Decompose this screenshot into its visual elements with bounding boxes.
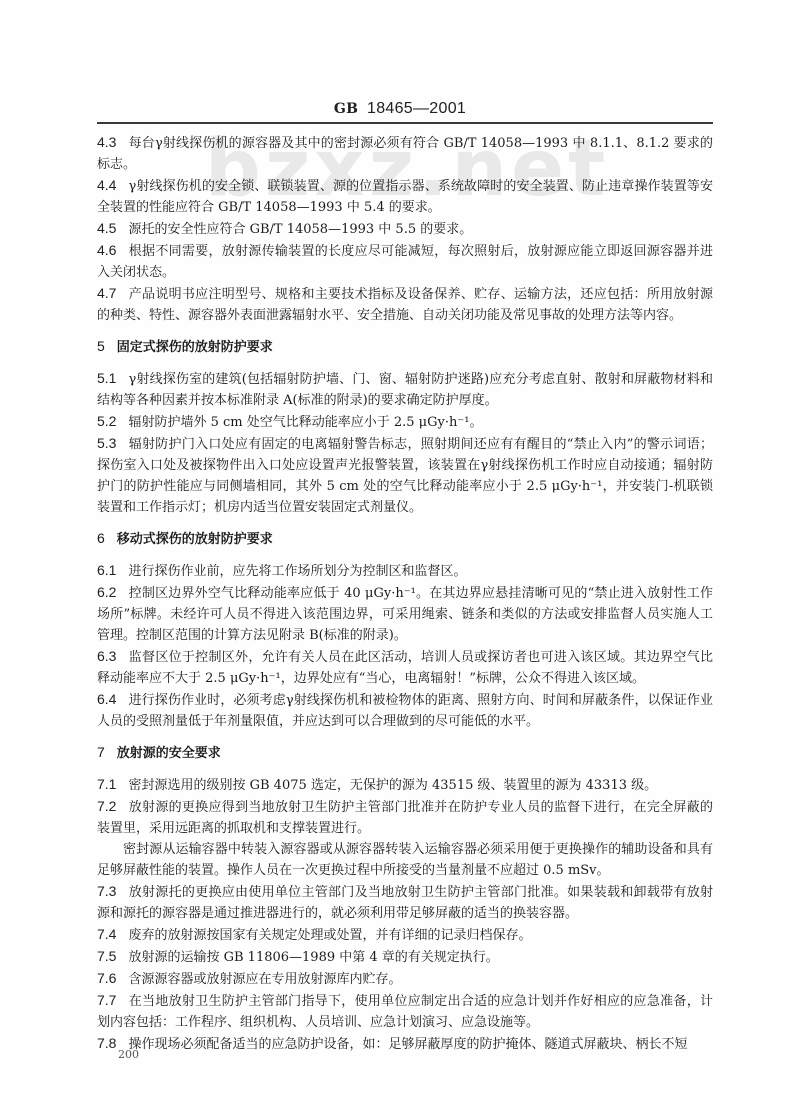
clause-6-2: 6.2控制区边界外空气比释动能率应低于 40 μGy·h⁻¹。在其边界应悬挂清晰… (97, 582, 713, 646)
clause-number: 7.2 (97, 798, 116, 814)
clauses-7: 7.1密封源选用的级别按 GB 4075 选定，无保护的源为 43515 级、装… (97, 774, 713, 1055)
clause-7-4: 7.4废弃的放射源按国家有关规定处理或处置，并有详细的记录归档保存。 (97, 924, 713, 946)
section-number: 5 (97, 338, 105, 354)
clause-text: 进行探伤作业前，应先将工作场所划分为控制区和监督区。 (128, 564, 466, 579)
clause-number: 7.3 (97, 883, 116, 899)
clause-number: 6.1 (97, 562, 116, 578)
clause-number: 7.4 (97, 926, 116, 942)
clause-number: 4.7 (97, 285, 116, 301)
clause-5-3: 5.3辐射防护门入口处应有固定的电离辐射警告标志，照射期间还应有有醒目的“禁止入… (97, 433, 713, 518)
clause-6-1: 6.1进行探伤作业前，应先将工作场所划分为控制区和监督区。 (97, 560, 713, 582)
section-heading-5: 5固定式探伤的放射防护要求 (97, 336, 713, 358)
section-heading-6: 6移动式探伤的放射防护要求 (97, 528, 713, 550)
clause-number: 7.7 (97, 992, 116, 1008)
clauses-5: 5.1γ射线探伤室的建筑(包括辐射防护墙、门、窗、辐射防护迷路)应充分考虑直射、… (97, 368, 713, 518)
clause-number: 7.8 (97, 1035, 116, 1051)
standard-number: 18465—2001 (367, 100, 466, 117)
document-page: GB 18465—2001 bzxz.net 4.3每台γ射线探伤机的源容器及其… (0, 0, 800, 1110)
clause-4-5: 4.5源托的安全性应符合 GB/T 14058—1993 中 5.5 的要求。 (97, 218, 713, 240)
clause-7-5: 7.5放射源的运输按 GB 11806—1989 中第 4 章的有关规定执行。 (97, 946, 713, 968)
clause-text: 控制区边界外空气比释动能率应低于 40 μGy·h⁻¹。在其边界应悬挂清晰可见的… (97, 586, 713, 643)
clause-7-3: 7.3放射源托的更换应由使用单位主管部门及当地放射卫生防护主管部门批准。如果装载… (97, 881, 713, 924)
clause-text: 进行探伤作业时，必须考虑γ射线探伤机和被检物体的距离、照射方向、时间和屏蔽条件，… (97, 693, 713, 729)
clause-4-4: 4.4γ射线探伤机的安全锁、联锁装置、源的位置指示器、系统故障时的安全装置、防止… (97, 175, 713, 218)
clause-6-3: 6.3监督区位于控制区外，允许有关人员在此区活动，培训人员或探访者也可进入该区域… (97, 646, 713, 689)
document-body: 4.3每台γ射线探伤机的源容器及其中的密封源必须有符合 GB/T 14058—1… (97, 132, 713, 1055)
clause-number: 4.3 (97, 134, 116, 150)
clause-4-7: 4.7产品说明书应注明型号、规格和主要技术指标及设备保养、贮存、运输方法，还应包… (97, 283, 713, 326)
clause-text: 辐射防护墙外 5 cm 处空气比释动能率应小于 2.5 μGy·h⁻¹。 (128, 415, 482, 430)
clause-text: γ射线探伤室的建筑(包括辐射防护墙、门、窗、辐射防护迷路)应充分考虑直射、散射和… (97, 372, 713, 408)
section-title: 固定式探伤的放射防护要求 (117, 340, 273, 355)
clause-number: 7.1 (97, 776, 116, 792)
clause-4-3: 4.3每台γ射线探伤机的源容器及其中的密封源必须有符合 GB/T 14058—1… (97, 132, 713, 175)
clause-5-1: 5.1γ射线探伤室的建筑(包括辐射防护墙、门、窗、辐射防护迷路)应充分考虑直射、… (97, 368, 713, 411)
clause-text: 操作现场必须配备适当的应急防护设备，如：足够屏蔽厚度的防护掩体、隧道式屏蔽块、柄… (128, 1037, 687, 1052)
clause-number: 7.6 (97, 970, 116, 986)
clause-text: 根据不同需要，放射源传输装置的长度应尽可能减短，每次照射后，放射源应能立即返回源… (97, 244, 713, 280)
clause-text: 密封源选用的级别按 GB 4075 选定，无保护的源为 43515 级、装置里的… (128, 778, 657, 793)
clause-text: 源托的安全性应符合 GB/T 14058—1993 中 5.5 的要求。 (128, 222, 472, 237)
clause-text: 废弃的放射源按国家有关规定处理或处置，并有详细的记录归档保存。 (128, 928, 531, 943)
clause-text: 放射源的运输按 GB 11806—1989 中第 4 章的有关规定执行。 (128, 950, 498, 965)
clauses-4: 4.3每台γ射线探伤机的源容器及其中的密封源必须有符合 GB/T 14058—1… (97, 132, 713, 326)
section-title: 移动式探伤的放射防护要求 (117, 532, 273, 547)
clause-7-2: 7.2放射源的更换应得到当地放射卫生防护主管部门批准并在防护专业人员的监督下进行… (97, 796, 713, 839)
clause-4-6: 4.6根据不同需要，放射源传输装置的长度应尽可能减短，每次照射后，放射源应能立即… (97, 240, 713, 283)
clause-number: 4.6 (97, 242, 116, 258)
clause-text: 在当地放射卫生防护主管部门指导下，使用单位应制定出合适的应急计划并作好相应的应急… (97, 994, 713, 1030)
clause-text: 辐射防护门入口处应有固定的电离辐射警告标志，照射期间还应有有醒目的“禁止入内”的… (97, 437, 713, 515)
clause-number: 6.4 (97, 691, 116, 707)
clause-7-1: 7.1密封源选用的级别按 GB 4075 选定，无保护的源为 43515 级、装… (97, 774, 713, 796)
paragraph-text: 密封源从运输容器中转装入源容器或从源容器转装入运输容器必须采用便于更换操作的辅助… (97, 842, 713, 878)
clause-text: 监督区位于控制区外，允许有关人员在此区活动，培训人员或探访者也可进入该区域。其边… (97, 650, 713, 686)
clause-number: 5.1 (97, 370, 116, 386)
clause-number: 4.4 (97, 177, 116, 193)
clause-number: 6.3 (97, 648, 116, 664)
running-header: GB 18465—2001 (0, 100, 800, 118)
clause-number: 6.2 (97, 584, 116, 600)
clause-number: 5.3 (97, 435, 116, 451)
clause-text: γ射线探伤机的安全锁、联锁装置、源的位置指示器、系统故障时的安全装置、防止违章操… (97, 179, 713, 215)
clause-text: 含源源容器或放射源应在专用放射源库内贮存。 (128, 972, 401, 987)
section-title: 放射源的安全要求 (117, 746, 221, 761)
clause-text: 每台γ射线探伤机的源容器及其中的密封源必须有符合 GB/T 14058—1993… (97, 136, 713, 172)
clause-number: 5.2 (97, 413, 116, 429)
clause-7-8: 7.8操作现场必须配备适当的应急防护设备，如：足够屏蔽厚度的防护掩体、隧道式屏蔽… (97, 1033, 713, 1055)
clause-number: 4.5 (97, 220, 116, 236)
section-number: 6 (97, 530, 105, 546)
clause-text: 放射源托的更换应由使用单位主管部门及当地放射卫生防护主管部门批准。如果装载和卸载… (97, 885, 713, 921)
section-number: 7 (97, 744, 105, 760)
standard-prefix: GB (334, 101, 358, 117)
clause-7-6: 7.6含源源容器或放射源应在专用放射源库内贮存。 (97, 968, 713, 990)
clause-number: 7.5 (97, 948, 116, 964)
clauses-6: 6.1进行探伤作业前，应先将工作场所划分为控制区和监督区。 6.2控制区边界外空… (97, 560, 713, 732)
section-heading-7: 7放射源的安全要求 (97, 742, 713, 764)
clause-7-7: 7.7在当地放射卫生防护主管部门指导下，使用单位应制定出合适的应急计划并作好相应… (97, 990, 713, 1033)
clause-7-2-paragraph: 密封源从运输容器中转装入源容器或从源容器转装入运输容器必须采用便于更换操作的辅助… (97, 839, 713, 881)
clause-5-2: 5.2辐射防护墙外 5 cm 处空气比释动能率应小于 2.5 μGy·h⁻¹。 (97, 411, 713, 433)
clause-text: 产品说明书应注明型号、规格和主要技术指标及设备保养、贮存、运输方法，还应包括：所… (97, 287, 713, 323)
clause-6-4: 6.4进行探伤作业时，必须考虑γ射线探伤机和被检物体的距离、照射方向、时间和屏蔽… (97, 689, 713, 732)
clause-text: 放射源的更换应得到当地放射卫生防护主管部门批准并在防护专业人员的监督下进行，在完… (97, 800, 713, 836)
